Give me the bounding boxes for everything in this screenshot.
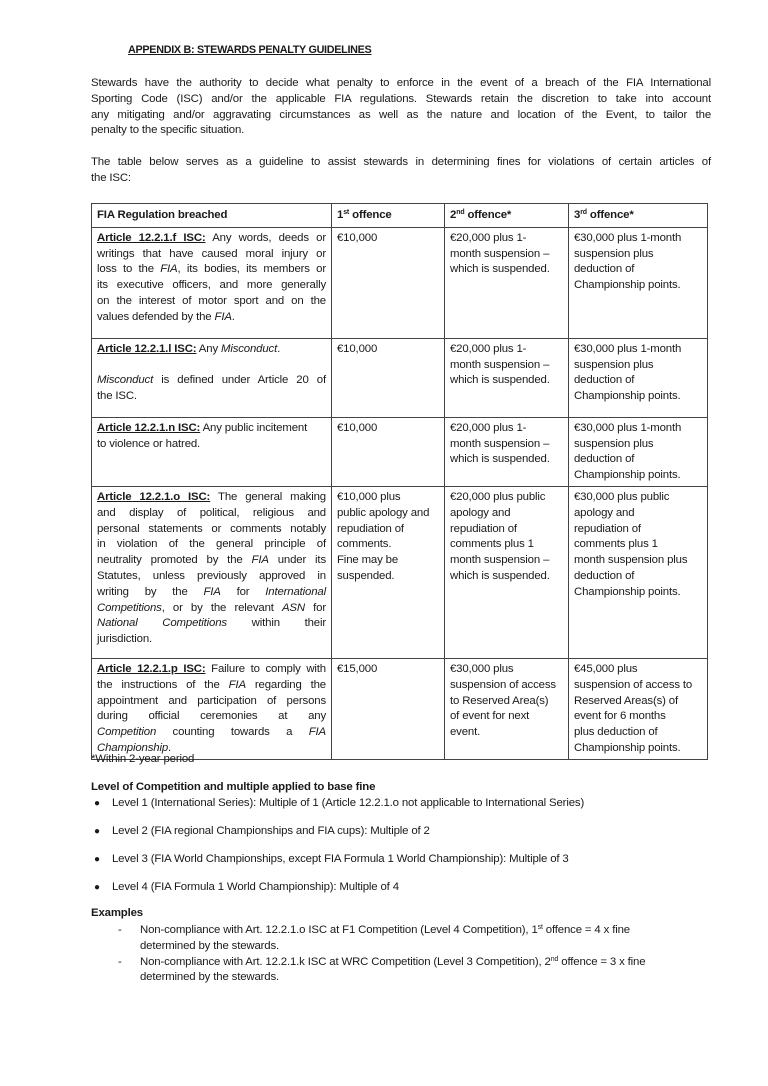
second-offence-cell: €20,000 plus 1-month suspension –which i… <box>445 417 569 486</box>
examples-heading: Examples <box>91 907 143 919</box>
table-header-row: FIA Regulation breached 1st offence 2nd … <box>92 204 708 228</box>
page-title: APPENDIX B: STEWARDS PENALTY GUIDELINES <box>128 44 371 56</box>
third-offence-cell: €45,000 plussuspension of access toReser… <box>569 658 708 759</box>
table-row: Article 12.2.1.l ISC: Any Misconduct. Mi… <box>92 338 708 417</box>
first-offence-cell: €10,000 <box>332 417 445 486</box>
second-offence-cell: €20,000 plus 1-month suspension –which i… <box>445 227 569 338</box>
dash-icon: - <box>118 923 122 939</box>
table-row: Article 12.2.1.f ISC: Any words, deeds o… <box>92 227 708 338</box>
levels-heading: Level of Competition and multiple applie… <box>91 781 375 793</box>
third-offence-cell: €30,000 plus 1-monthsuspension plusdeduc… <box>569 338 708 417</box>
first-offence-cell: €10,000 <box>332 227 445 338</box>
header-second-offence: 2nd offence* <box>445 204 569 228</box>
table-row: Article 12.2.1.p ISC: Failure to comply … <box>92 658 708 759</box>
list-item: - Non-compliance with Art. 12.2.1.k ISC … <box>91 955 711 987</box>
bullet-icon: ● <box>94 824 100 840</box>
table-row: Article 12.2.1.n ISC: Any public incitem… <box>92 417 708 486</box>
penalty-table: FIA Regulation breached 1st offence 2nd … <box>91 203 708 760</box>
footnote: *Within 2-year period <box>91 753 194 765</box>
second-offence-cell: €20,000 plus 1-month suspension –which i… <box>445 338 569 417</box>
table-intro-paragraph: The table below serves as a guideline to… <box>91 155 711 187</box>
second-offence-cell: €20,000 plus publicapology andrepudiatio… <box>445 486 569 658</box>
header-regulation: FIA Regulation breached <box>92 204 332 228</box>
second-offence-cell: €30,000 plussuspension of accessto Reser… <box>445 658 569 759</box>
intro-paragraph: Stewards have the authority to decide wh… <box>91 76 711 139</box>
regulation-cell: Article 12.2.1.o ISC: The general making… <box>92 486 332 658</box>
third-offence-cell: €30,000 plus 1-monthsuspension plusdeduc… <box>569 227 708 338</box>
header-third-offence: 3rd offence* <box>569 204 708 228</box>
dash-icon: - <box>118 955 122 971</box>
bullet-icon: ● <box>94 852 100 868</box>
regulation-cell: Article 12.2.1.p ISC: Failure to comply … <box>92 658 332 759</box>
list-item: - Non-compliance with Art. 12.2.1.o ISC … <box>91 923 711 955</box>
bullet-icon: ● <box>94 796 100 812</box>
third-offence-cell: €30,000 plus 1-monthsuspension plusdeduc… <box>569 417 708 486</box>
third-offence-cell: €30,000 plus publicapology andrepudiatio… <box>569 486 708 658</box>
examples-list: - Non-compliance with Art. 12.2.1.o ISC … <box>91 923 711 986</box>
header-first-offence: 1st offence <box>332 204 445 228</box>
bullet-icon: ● <box>94 880 100 896</box>
table-row: Article 12.2.1.o ISC: The general making… <box>92 486 708 658</box>
first-offence-cell: €10,000 <box>332 338 445 417</box>
first-offence-cell: €15,000 <box>332 658 445 759</box>
regulation-cell: Article 12.2.1.l ISC: Any Misconduct. Mi… <box>92 338 332 417</box>
regulation-cell: Article 12.2.1.f ISC: Any words, deeds o… <box>92 227 332 338</box>
regulation-cell: Article 12.2.1.n ISC: Any public incitem… <box>92 417 332 486</box>
first-offence-cell: €10,000 pluspublic apology andrepudiatio… <box>332 486 445 658</box>
